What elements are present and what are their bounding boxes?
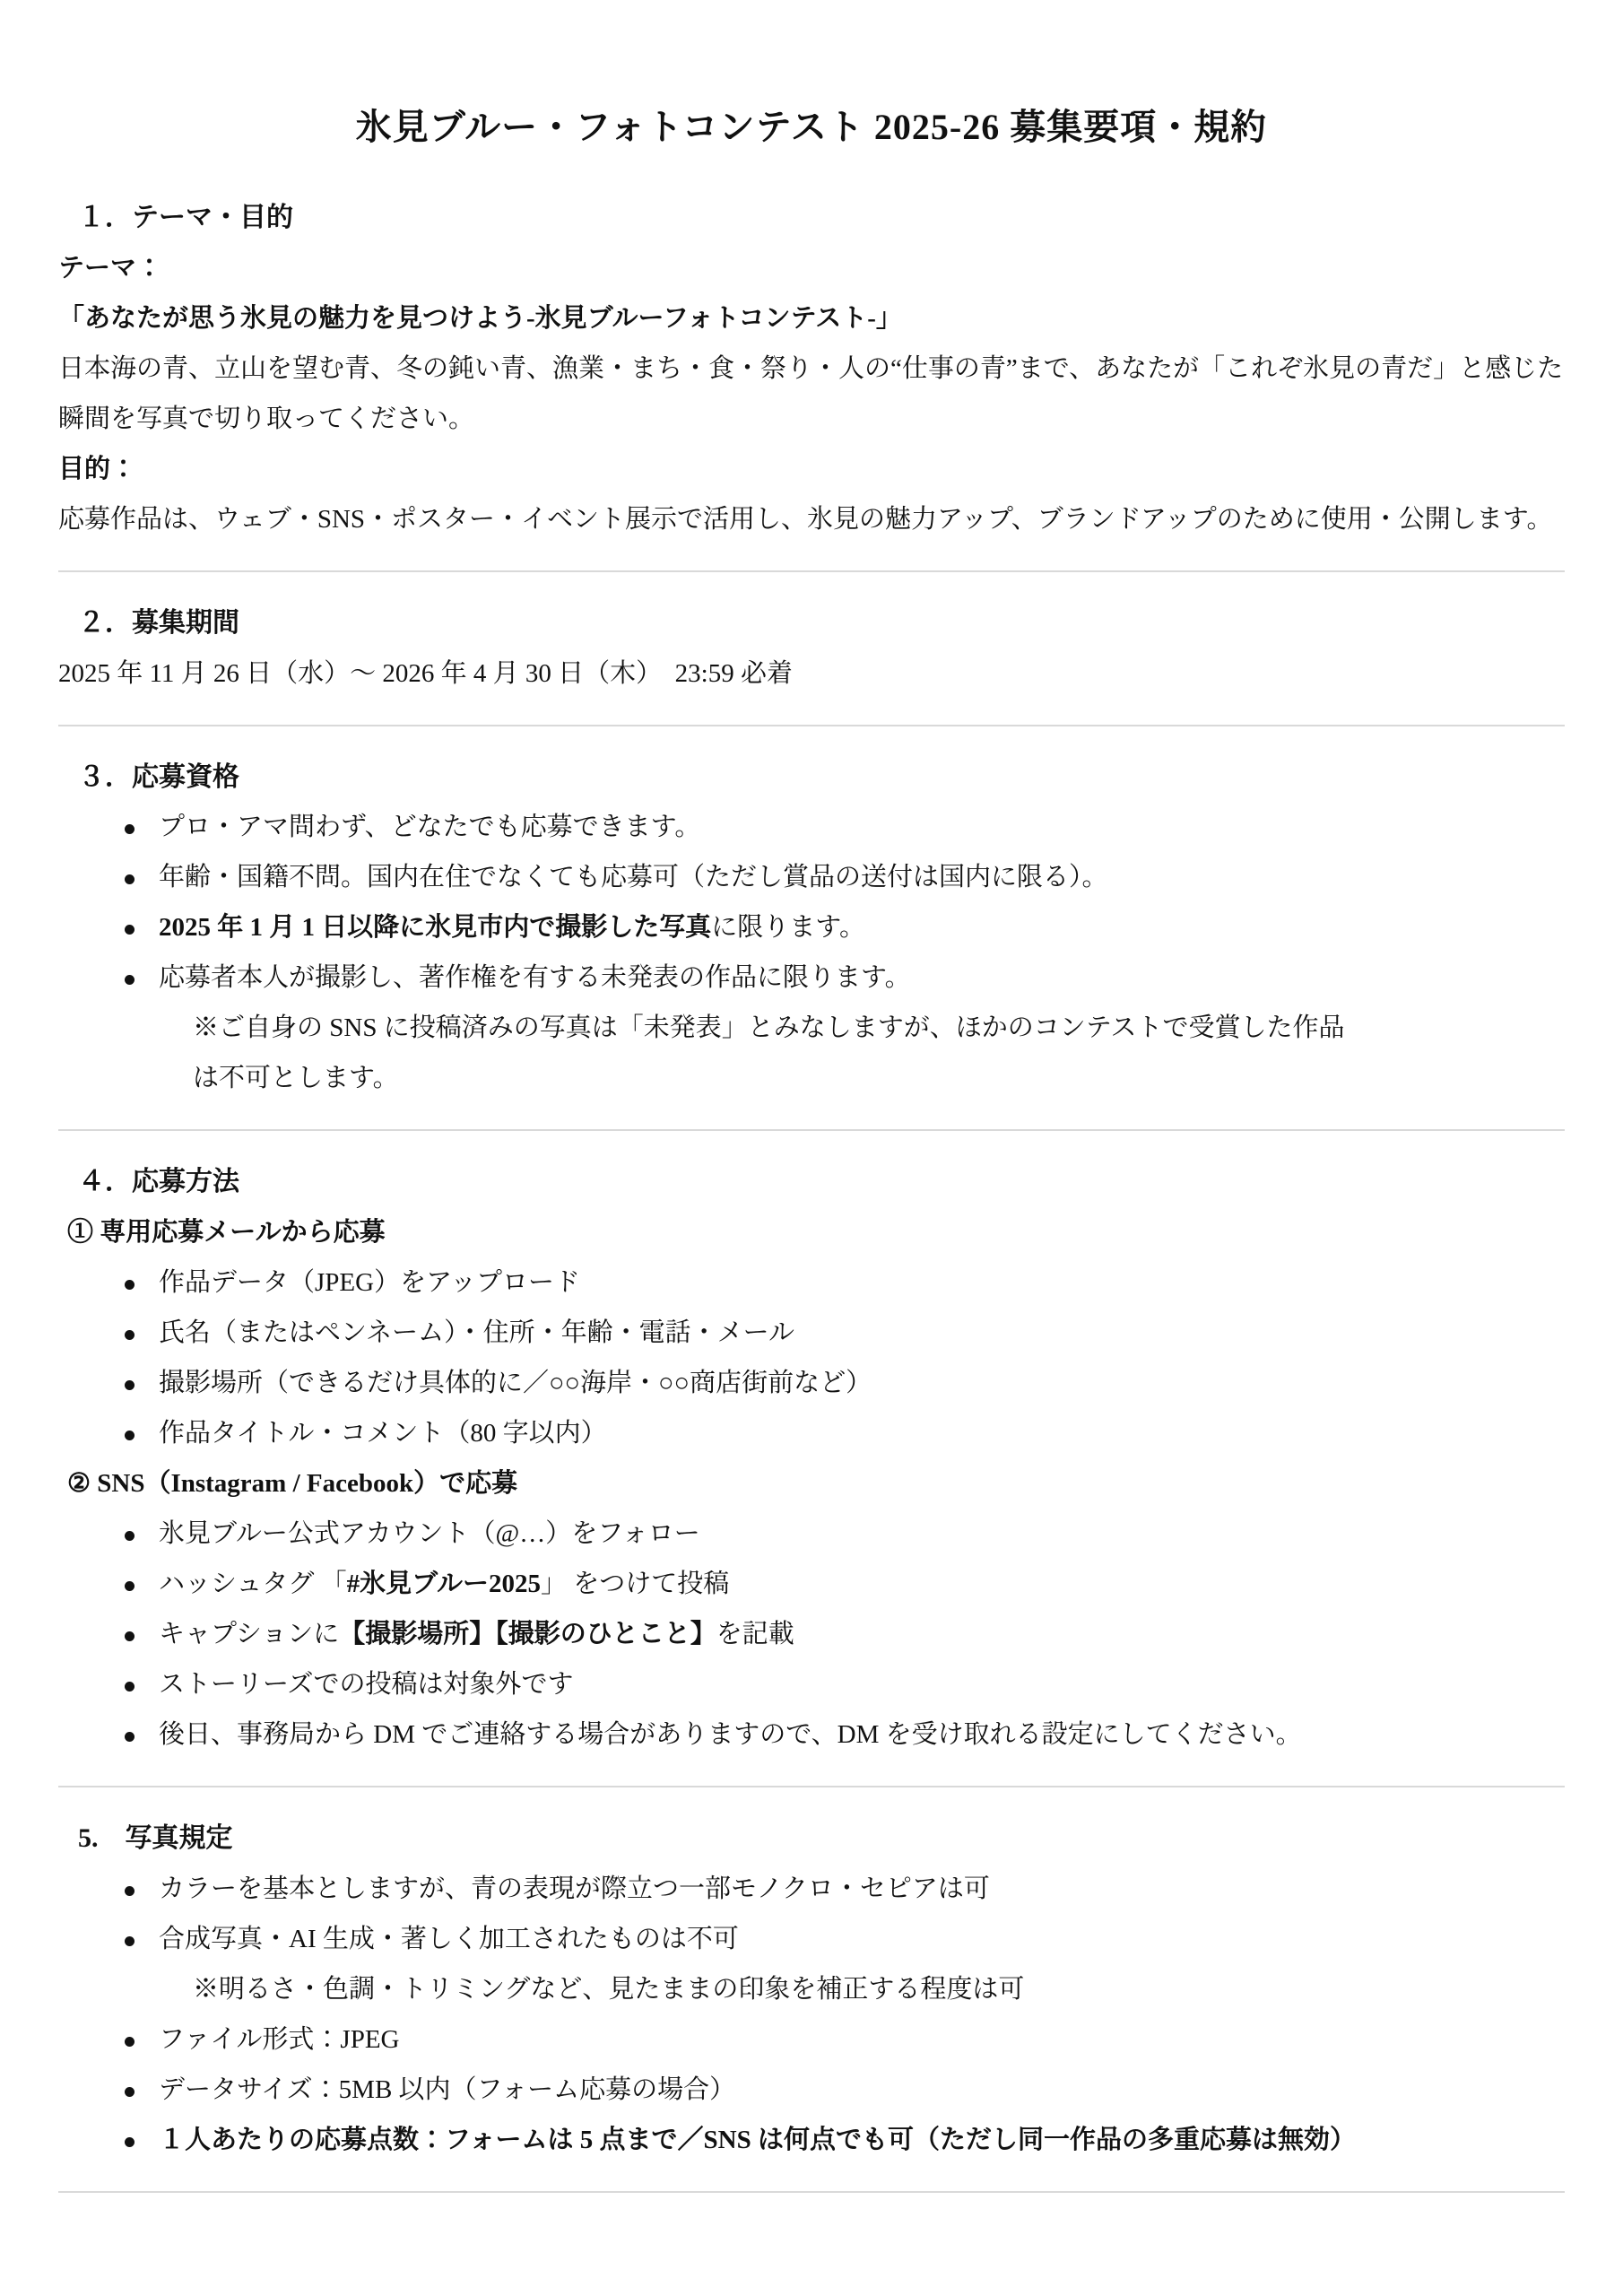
section-5-heading: 5. 写真規定 [58, 1813, 1565, 1865]
list-item: 氏名（またはペンネーム）・住所・年齢・電話・メール [58, 1309, 1565, 1359]
document-page: 氷見ブルー・フォトコンテスト 2025-26 募集要項・規約 １．テーマ・目的 … [0, 0, 1623, 2296]
list-item: カラーを基本としますが、青の表現が際立つ一部モノクロ・セピアは可 [58, 1865, 1565, 1915]
theme-label: テーマ： [58, 244, 1565, 294]
list-item-text: プロ・アマ問わず、どなたでも応募できます。 [159, 813, 700, 841]
list-item: プロ・アマ問わず、どなたでも応募できます。 [58, 803, 1565, 853]
section-1-heading: １．テーマ・目的 [58, 192, 1565, 244]
list-item-text: ハッシュタグ 「 [159, 1570, 347, 1598]
list-item-text: ファイル形式：JPEG [159, 2025, 400, 2054]
list-item: 作品タイトル・コメント（80 字以内） [58, 1409, 1565, 1459]
section-eligibility: ３．応募資格 プロ・アマ問わず、どなたでも応募できます。 年齢・国籍不問。国内在… [58, 752, 1565, 1105]
method-1-heading: ① 専用応募メールから応募 [58, 1208, 1565, 1258]
theme-quote: 「あなたが思う氷見の魅力を見つけよう-氷見ブルーフォトコンテスト-」 [58, 294, 1565, 344]
list-item-text: 氷見ブルー公式アカウント（@…）をフォロー [159, 1519, 700, 1548]
photo-rules-list-continued: ファイル形式：JPEG データサイズ：5MB 以内（フォーム応募の場合） １人あ… [58, 2015, 1565, 2166]
list-item: ストーリーズでの投稿は対象外です [58, 1660, 1565, 1710]
theme-description: 日本海の青、立山を望む青、冬の鈍い青、漁業・まち・食・祭り・人の“仕事の青”まで… [58, 344, 1565, 445]
section-2-heading: ２．募集期間 [58, 597, 1565, 649]
list-item: キャプションに【撮影場所】【撮影のひとこと】を記載 [58, 1610, 1565, 1660]
section-entry-period: ２．募集期間 2025 年 11 月 26 日（水）～ 2026 年 4 月 3… [58, 597, 1565, 700]
list-item: 撮影場所（できるだけ具体的に／○○海岸・○○商店街前など） [58, 1359, 1565, 1409]
entry-period: 2025 年 11 月 26 日（水）～ 2026 年 4 月 30 日（木） … [58, 649, 1565, 700]
photo-edit-note: ※明るさ・色調・トリミングなど、見たままの印象を補正する程度は可 [58, 1965, 1565, 2015]
list-item-text-bold: 2025 年 1 月 1 日以降に氷見市内で撮影した写真 [159, 913, 711, 942]
section-divider [58, 570, 1565, 572]
photo-rules-list: カラーを基本としますが、青の表現が際立つ一部モノクロ・セピアは可 合成写真・AI… [58, 1865, 1565, 1965]
list-item-text-bold: １人あたりの応募点数：フォームは 5 点まで／SNS は何点でも可（ただし同一作… [159, 2126, 1356, 2154]
list-item: ハッシュタグ 「#氷見ブルー2025」 をつけて投稿 [58, 1560, 1565, 1610]
eligibility-list: プロ・アマ問わず、どなたでも応募できます。 年齢・国籍不問。国内在住でなくても応… [58, 803, 1565, 1004]
section-entry-method: ４．応募方法 ① 専用応募メールから応募 作品データ（JPEG）をアップロード … [58, 1156, 1565, 1761]
list-item-text: を記載 [716, 1620, 794, 1648]
eligibility-note: ※ご自身の SNS に投稿済みの写真は「未発表」とみなしますが、ほかのコンテスト… [58, 1004, 1367, 1104]
list-item: 作品データ（JPEG）をアップロード [58, 1258, 1565, 1309]
list-item-text: 」 をつけて投稿 [541, 1570, 729, 1598]
section-divider [58, 1786, 1565, 1787]
list-item: 応募者本人が撮影し、著作権を有する未発表の作品に限ります。 [58, 953, 1565, 1004]
list-item: 年齢・国籍不問。国内在住でなくても応募可（ただし賞品の送付は国内に限る）。 [58, 853, 1565, 903]
list-item-text: 氏名（またはペンネーム）・住所・年齢・電話・メール [159, 1318, 794, 1347]
list-item: ファイル形式：JPEG [58, 2015, 1565, 2066]
list-item: 後日、事務局から DM でご連絡する場合がありますので、DM を受け取れる設定に… [58, 1710, 1565, 1761]
method-1-list: 作品データ（JPEG）をアップロード 氏名（またはペンネーム）・住所・年齢・電話… [58, 1258, 1565, 1459]
list-item-text: に限ります。 [711, 913, 865, 942]
list-item-text: データサイズ：5MB 以内（フォーム応募の場合） [159, 2075, 735, 2104]
list-item-text: 作品タイトル・コメント（80 字以内） [159, 1419, 607, 1448]
contest-title: 氷見ブルー・フォトコンテスト 2025-26 募集要項・規約 [58, 104, 1565, 151]
list-item-text-bold: 【撮影場所】【撮影のひとこと】 [339, 1620, 716, 1648]
section-divider [58, 1129, 1565, 1131]
list-item: １人あたりの応募点数：フォームは 5 点まで／SNS は何点でも可（ただし同一作… [58, 2116, 1565, 2166]
list-item-text: 合成写真・AI 生成・著しく加工されたものは不可 [159, 1925, 739, 1953]
section-photo-rules: 5. 写真規定 カラーを基本としますが、青の表現が際立つ一部モノクロ・セピアは可… [58, 1813, 1565, 2166]
method-2-list: 氷見ブルー公式アカウント（@…）をフォロー ハッシュタグ 「#氷見ブルー2025… [58, 1509, 1565, 1761]
list-item-text: キャプションに [159, 1620, 339, 1648]
hashtag-text: #氷見ブルー2025 [347, 1570, 541, 1598]
section-3-heading: ３．応募資格 [58, 752, 1565, 804]
list-item: データサイズ：5MB 以内（フォーム応募の場合） [58, 2066, 1565, 2116]
list-item: 2025 年 1 月 1 日以降に氷見市内で撮影した写真に限ります。 [58, 903, 1565, 953]
list-item-text: ストーリーズでの投稿は対象外です [159, 1670, 574, 1699]
purpose-label: 目的： [58, 445, 1565, 495]
section-theme-purpose: １．テーマ・目的 テーマ： 「あなたが思う氷見の魅力を見つけよう-氷見ブルーフォ… [58, 192, 1565, 545]
purpose-description: 応募作品は、ウェブ・SNS・ポスター・イベント展示で活用し、氷見の魅力アップ、ブ… [58, 495, 1565, 545]
list-item-text: 応募者本人が撮影し、著作権を有する未発表の作品に限ります。 [159, 963, 911, 992]
list-item-text: 年齢・国籍不問。国内在住でなくても応募可（ただし賞品の送付は国内に限る）。 [159, 863, 1108, 891]
list-item-text: カラーを基本としますが、青の表現が際立つ一部モノクロ・セピアは可 [159, 1874, 990, 1903]
list-item-text: 作品データ（JPEG）をアップロード [159, 1268, 580, 1297]
method-2-heading: ② SNS（Instagram / Facebook）で応募 [58, 1459, 1565, 1509]
list-item: 氷見ブルー公式アカウント（@…）をフォロー [58, 1509, 1565, 1560]
section-divider [58, 2191, 1565, 2193]
section-4-heading: ４．応募方法 [58, 1156, 1565, 1208]
list-item-text: 撮影場所（できるだけ具体的に／○○海岸・○○商店街前など） [159, 1369, 872, 1397]
list-item-text: 後日、事務局から DM でご連絡する場合がありますので、DM を受け取れる設定に… [159, 1720, 1302, 1749]
section-divider [58, 725, 1565, 726]
list-item: 合成写真・AI 生成・著しく加工されたものは不可 [58, 1915, 1565, 1965]
